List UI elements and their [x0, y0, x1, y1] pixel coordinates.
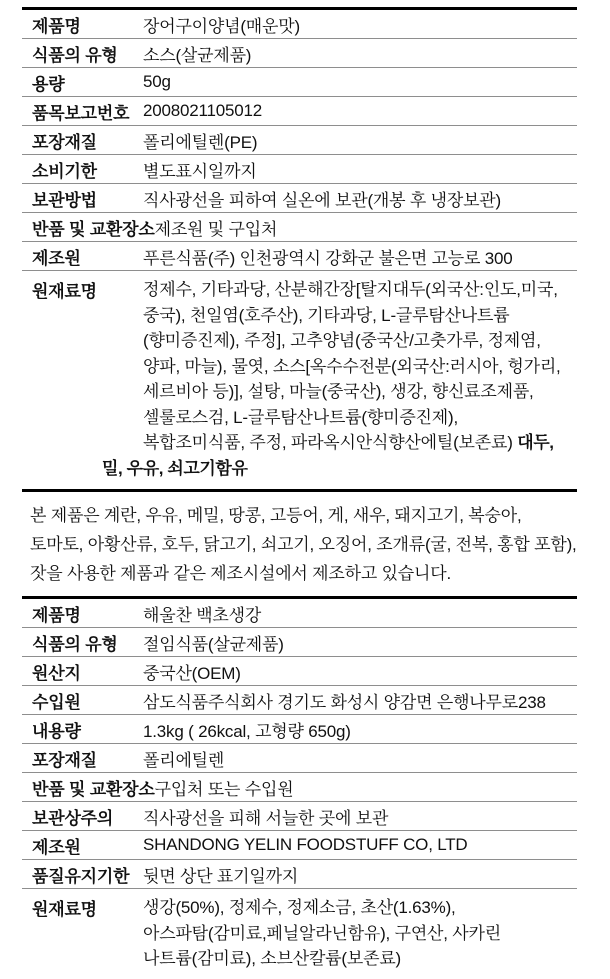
row-label: 보관상주의 [22, 804, 143, 829]
ingredients-text: 생강(50%), 정제수, 정제소금, 초산(1.63%), 아스파탐(감미료,… [143, 895, 577, 972]
row-value: 중국산(OEM) [143, 659, 577, 684]
row-value: 직사광선을 피해 서늘한 곳에 보관 [143, 804, 577, 829]
table-row: 제품명 해울찬 백초생강 [22, 599, 577, 627]
row-label: 식품의 유형 [22, 630, 143, 655]
row-label: 원재료명 [32, 895, 97, 920]
product1-info-table: 제품명 장어구이양념(매운맛) 식품의 유형 소스(살균제품) 용량 50g 품… [22, 7, 577, 492]
row-label: 수입원 [22, 688, 143, 713]
row-value: 폴리에틸렌(PE) [143, 128, 577, 153]
ingredients-text: 정제수, 기타과당, 산분해간장[탈지대두(외국산:인도,미국, 중국), 천일… [143, 277, 577, 456]
row-label: 원재료명 [32, 277, 97, 302]
ingredients-row: 원재료명 생강(50%), 정제수, 정제소금, 초산(1.63%), 아스파탐… [22, 888, 577, 979]
row-label: 반품 및 교환장소 [22, 215, 155, 240]
ingredients-lines: 생강(50%), 정제수, 정제소금, 초산(1.63%), 아스파탐(감미료,… [143, 898, 501, 968]
row-value: 2008021105012 [143, 101, 577, 121]
row-label: 식품의 유형 [22, 41, 143, 66]
product-label-sheet: 제품명 장어구이양념(매운맛) 식품의 유형 소스(살균제품) 용량 50g 품… [0, 0, 610, 979]
table-row: 보관상주의 직사광선을 피해 서늘한 곳에 보관 [22, 801, 577, 830]
row-label: 포장재질 [22, 128, 143, 153]
ingredients-lines: 정제수, 기타과당, 산분해간장[탈지대두(외국산:인도,미국, 중국), 천일… [143, 280, 561, 452]
table-row: 포장재질 폴리에틸렌(PE) [22, 125, 577, 154]
row-value: 삼도식품주식회사 경기도 화성시 양감면 은행나무로238 [143, 688, 577, 713]
allergen-bold-line: 밀, 우유, 쇠고기함유 [102, 456, 577, 482]
table-row: 반품 및 교환장소 제조원 및 구입처 [22, 212, 577, 241]
row-label: 원산지 [22, 659, 143, 684]
row-value: 제조원 및 구입처 [155, 215, 577, 240]
table-row: 제품명 장어구이양념(매운맛) [22, 10, 577, 38]
row-value: 절임식품(살균제품) [143, 630, 577, 655]
table-row: 품질유지기한 뒷면 상단 표기일까지 [22, 859, 577, 888]
row-value: 별도표시일까지 [143, 157, 577, 182]
row-label: 내용량 [22, 717, 143, 742]
row-value: 1.3kg ( 26kcal, 고형량 650g) [143, 717, 577, 742]
row-value: 구입처 또는 수입원 [155, 775, 577, 800]
table-row: 식품의 유형 소스(살균제품) [22, 38, 577, 67]
row-value: 직사광선을 피하여 실온에 보관(개봉 후 냉장보관) [143, 186, 577, 211]
row-value: 장어구이양념(매운맛) [143, 12, 577, 37]
row-value: 푸른식품(주) 인천광역시 강화군 불은면 고능로 300 [143, 244, 577, 269]
table-row: 수입원 삼도식품주식회사 경기도 화성시 양감면 은행나무로238 [22, 685, 577, 714]
row-label: 품목보고번호 [22, 99, 143, 124]
table-row: 반품 및 교환장소 구입처 또는 수입원 [22, 772, 577, 801]
product2-info-table: 제품명 해울찬 백초생강 식품의 유형 절임식품(살균제품) 원산지 중국산(O… [22, 596, 577, 979]
row-label: 반품 및 교환장소 [22, 775, 155, 800]
row-value: SHANDONG YELIN FOODSTUFF CO, LTD [143, 835, 577, 855]
row-label: 소비기한 [22, 157, 143, 182]
table-row: 보관방법 직사광선을 피하여 실온에 보관(개봉 후 냉장보관) [22, 183, 577, 212]
table-row: 소비기한 별도표시일까지 [22, 154, 577, 183]
row-label: 제품명 [22, 601, 143, 626]
allergen-bold-inline: 대두, [517, 433, 553, 452]
row-value: 해울찬 백초생강 [143, 601, 577, 626]
table-row: 포장재질 폴리에틸렌 [22, 743, 577, 772]
table-row: 원산지 중국산(OEM) [22, 656, 577, 685]
row-label: 품질유지기한 [22, 862, 143, 887]
row-label: 제품명 [22, 12, 143, 37]
facility-notice: 본 제품은 계란, 우유, 메밀, 땅콩, 고등어, 게, 새우, 돼지고기, … [30, 501, 590, 588]
row-value: 뒷면 상단 표기일까지 [143, 862, 577, 887]
row-label: 포장재질 [22, 746, 143, 771]
row-value: 폴리에틸렌 [143, 746, 577, 771]
table-row: 식품의 유형 절임식품(살균제품) [22, 627, 577, 656]
table-row: 내용량 1.3kg ( 26kcal, 고형량 650g) [22, 714, 577, 743]
row-value: 소스(살균제품) [143, 41, 577, 66]
row-label: 제조원 [22, 244, 143, 269]
table-row: 품목보고번호 2008021105012 [22, 96, 577, 125]
ingredients-row: 원재료명 정제수, 기타과당, 산분해간장[탈지대두(외국산:인도,미국, 중국… [22, 270, 577, 489]
row-label: 용량 [22, 70, 143, 95]
table-row: 용량 50g [22, 67, 577, 96]
row-label: 제조원 [22, 833, 143, 858]
table-row: 제조원 SHANDONG YELIN FOODSTUFF CO, LTD [22, 830, 577, 859]
row-value: 50g [143, 72, 577, 92]
row-label: 보관방법 [22, 186, 143, 211]
table-row: 제조원 푸른식품(주) 인천광역시 강화군 불은면 고능로 300 [22, 241, 577, 270]
